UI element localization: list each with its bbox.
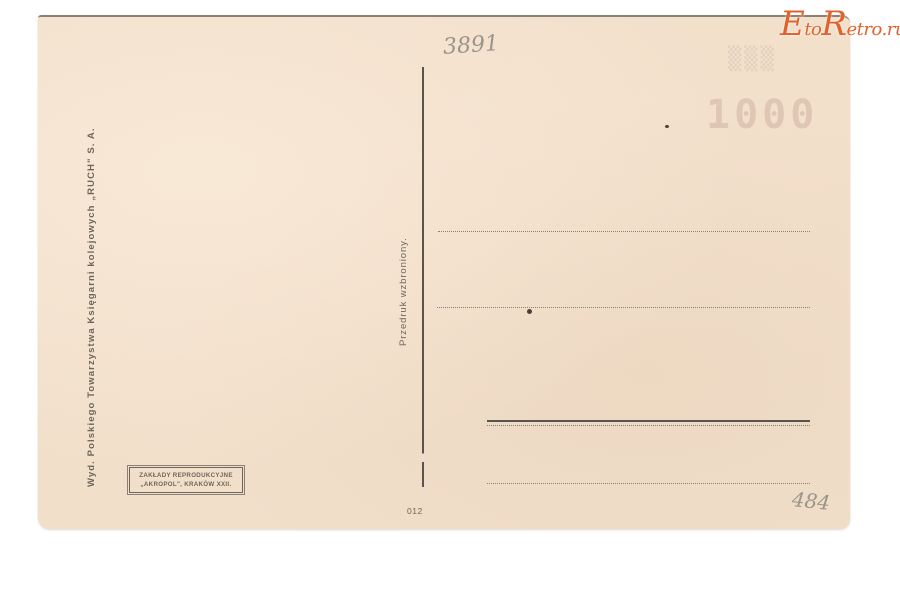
address-line-3 xyxy=(487,425,810,426)
address-line-4 xyxy=(487,483,810,484)
watermark-logo: EtoRetro.ru xyxy=(780,4,900,44)
handwritten-note: 484 xyxy=(791,487,831,515)
address-line-2 xyxy=(437,307,810,308)
ink-speck xyxy=(665,125,669,128)
reprint-notice: Przedruk wzbroniony. xyxy=(398,237,409,346)
address-underline xyxy=(487,420,810,422)
printer-box: ZAKŁADY REPRODUKCYJNE „AKROPOL", KRAKÓW … xyxy=(129,467,243,493)
watermark-part: E xyxy=(780,4,804,44)
postcard-back: Wyd. Polskiego Towarzystwa Księgarni kol… xyxy=(38,15,850,529)
watermark-part: etro.ru xyxy=(847,19,900,40)
printer-line-2: „AKROPOL", KRAKÓW XXII. xyxy=(141,480,232,489)
watermark-part: to xyxy=(804,19,821,40)
handwritten-inventory-number: 3891 xyxy=(442,31,500,60)
faded-stamp: 1000 xyxy=(706,92,818,138)
printer-line-1: ZAKŁADY REPRODUKCYJNE xyxy=(139,471,233,480)
center-divider-line xyxy=(422,67,424,487)
faded-stamp-top: ▒▒▒ xyxy=(728,47,777,72)
publisher-imprint: Wyd. Polskiego Towarzystwa Księgarni kol… xyxy=(86,127,97,487)
print-code: 012 xyxy=(407,506,423,516)
ink-speck xyxy=(527,309,532,314)
watermark-part: R xyxy=(821,4,846,44)
address-line-1 xyxy=(438,231,810,232)
